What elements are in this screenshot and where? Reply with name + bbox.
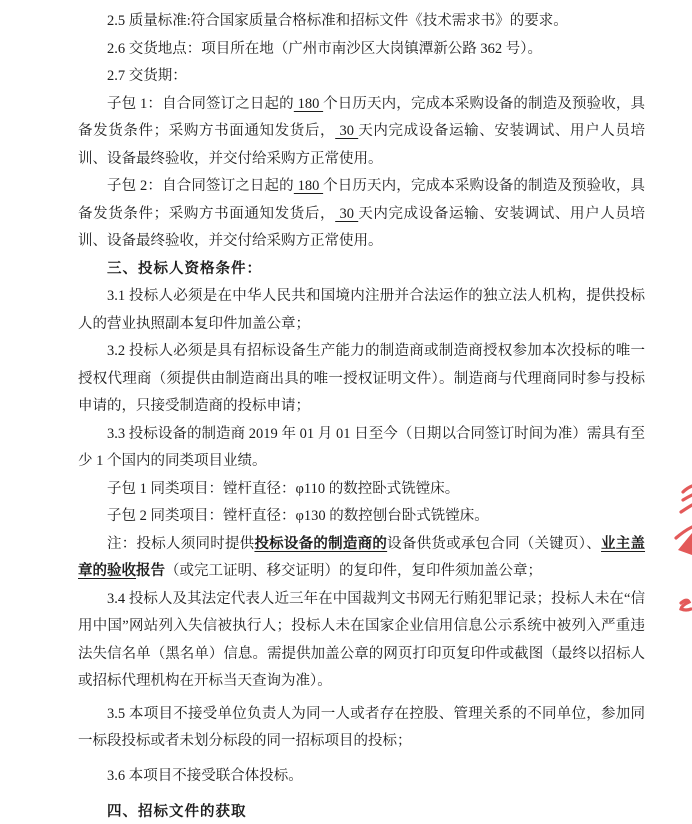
underlined-days-30: 30 xyxy=(335,206,358,222)
paragraph-2-7-delivery-period: 2.7 交货期： xyxy=(78,63,645,91)
text-run: （或完工证明、移交证明）的复印件，复印件须加盖公章； xyxy=(165,563,542,579)
paragraph-3-5: 3.5 本项目不接受单位负责人为同一人或者存在控股、管理关系的不同单位，参加同一… xyxy=(78,701,645,756)
paragraph-subpackage-1-similar-project: 子包 1 同类项目：镗杆直径：φ110 的数控卧式铣镗床。 xyxy=(78,476,645,504)
underlined-days-30: 30 xyxy=(335,123,358,139)
bold-report-word: 报告 xyxy=(136,563,165,579)
section-heading-3-bidder-qualifications: 三、投标人资格条件： xyxy=(78,256,645,284)
paragraph-subpackage-2-delivery: 子包 2：自合同签订之日起的 180 个日历天内，完成本采购设备的制造及预验收，… xyxy=(78,173,645,256)
document-body: 2.5 质量标准:符合国家质量合格标准和招标文件《技术需求书》的要求。 2.6 … xyxy=(78,8,645,824)
paragraph-3-4: 3.4 投标人及其法定代表人近三年在中国裁判文书网无行贿犯罪记录；投标人未在“信… xyxy=(78,586,645,696)
paragraph-2-6-delivery-place: 2.6 交货地点：项目所在地（广州市南沙区大岗镇潭新公路 362 号）。 xyxy=(78,36,645,64)
document-page: { "page": { "background": "#ffffff", "te… xyxy=(0,0,692,824)
underlined-days-180: 180 xyxy=(294,178,323,194)
paragraph-3-2: 3.2 投标人必须是具有招标设备生产能力的制造商或制造商授权参加本次投标的唯一授… xyxy=(78,338,645,421)
paragraph-subpackage-2-similar-project: 子包 2 同类项目：镗杆直径：φ130 的数控刨台卧式铣镗床。 xyxy=(78,503,645,531)
text-run: 注：投标人须同时提供 xyxy=(107,536,254,552)
paragraph-3-3: 3.3 投标设备的制造商 2019 年 01 月 01 日至今（日期以合同签订时… xyxy=(78,421,645,476)
paragraph-3-6: 3.6 本项目不接受联合体投标。 xyxy=(78,763,645,791)
paragraph-3-1: 3.1 投标人必须是在中华人民共和国境内注册并合法运作的独立法人机构，提供投标人… xyxy=(78,283,645,338)
underlined-days-180: 180 xyxy=(294,96,323,112)
text-run: 子包 2：自合同签订之日起的 xyxy=(107,178,294,194)
red-pen-annotation-marks xyxy=(660,462,692,627)
text-run: 子包 1：自合同签订之日起的 xyxy=(107,96,294,112)
section-heading-4-obtaining-documents: 四、招标文件的获取 xyxy=(78,799,645,824)
paragraph-subpackage-1-delivery: 子包 1：自合同签订之日起的 180 个日历天内，完成本采购设备的制造及预验收，… xyxy=(78,91,645,174)
bold-underline-manufacturer-phrase: 投标设备的制造商的 xyxy=(254,536,387,552)
text-run: 设备供货或承包合同（关键页）、 xyxy=(387,536,601,552)
paragraph-note: 注：投标人须同时提供投标设备的制造商的设备供货或承包合同（关键页）、业主盖章的验… xyxy=(78,531,645,586)
paragraph-2-5-quality-standard: 2.5 质量标准:符合国家质量合格标准和招标文件《技术需求书》的要求。 xyxy=(78,8,645,36)
